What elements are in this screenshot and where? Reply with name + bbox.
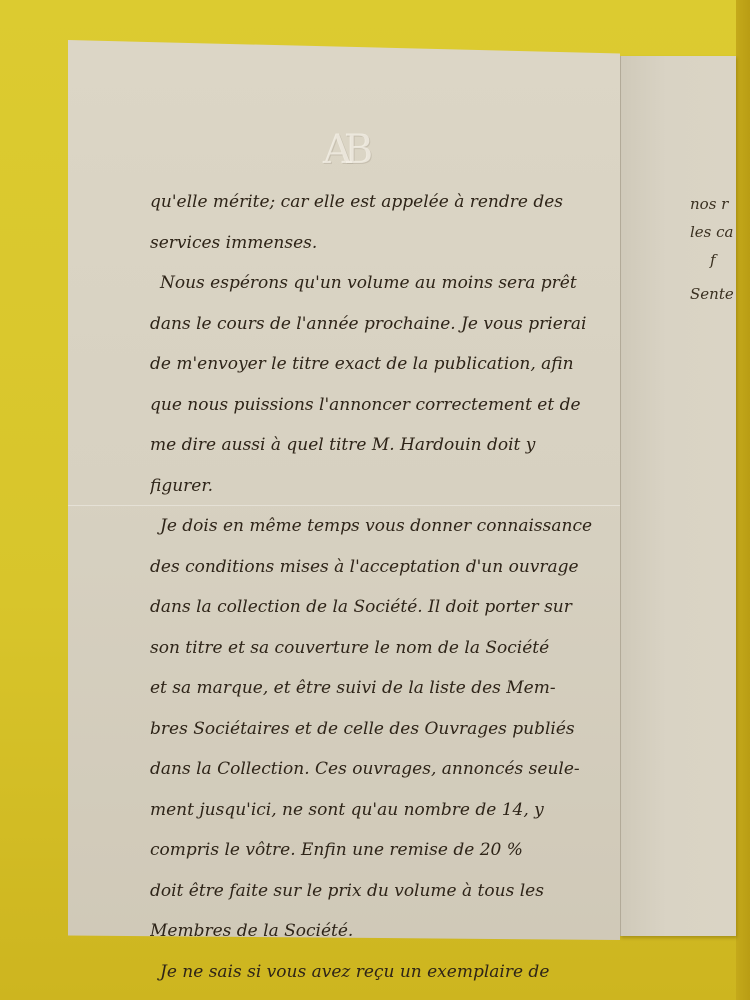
letter-line: bres Sociétaires et de celle des Ouvrage… (150, 709, 620, 750)
handwritten-letter-body: qu'elle mérite; car elle est appelée à r… (150, 182, 620, 992)
right-page-text: nos r les ca f Sente (690, 190, 736, 308)
letter-line: des conditions mises à l'acceptation d'u… (150, 547, 620, 588)
letter-line: me dire aussi à quel titre M. Hardouin d… (150, 425, 620, 466)
right-page-line: nos r (690, 190, 736, 218)
letter-line: figurer. (150, 466, 620, 507)
letter-line: dans la Collection. Ces ouvrages, annonc… (150, 749, 620, 790)
letter-line: de m'envoyer le titre exact de la public… (150, 344, 620, 385)
letter-line: dans le cours de l'année prochaine. Je v… (150, 304, 620, 345)
right-page-line: les ca (690, 218, 736, 246)
letter-line: services immenses. (150, 223, 620, 264)
letter-line: Nous espérons qu'un volume au moins sera… (150, 263, 620, 304)
right-page-line: Sente (690, 280, 736, 308)
letter-line: et sa marque, et être suivi de la liste … (150, 668, 620, 709)
right-page (620, 56, 736, 936)
letter-line: son titre et sa couverture le nom de la … (150, 628, 620, 669)
letter-line: qu'elle mérite; car elle est appelée à r… (150, 182, 620, 223)
letter-line: Membres de la Société. (150, 911, 620, 952)
letter-line: que nous puissions l'annoncer correcteme… (150, 385, 620, 426)
letter-line: Je ne sais si vous avez reçu un exemplai… (150, 952, 620, 993)
embossed-monogram: AB (312, 122, 376, 178)
background-strip (736, 0, 750, 1000)
letter-line: dans la collection de la Société. Il doi… (150, 587, 620, 628)
letter-line: Je dois en même temps vous donner connai… (150, 506, 620, 547)
letter-line: doit être faite sur le prix du volume à … (150, 871, 620, 912)
letter-line: ment jusqu'ici, ne sont qu'au nombre de … (150, 790, 620, 831)
letter-line: compris le vôtre. Enfin une remise de 20… (150, 830, 620, 871)
right-page-line: f (690, 246, 736, 274)
